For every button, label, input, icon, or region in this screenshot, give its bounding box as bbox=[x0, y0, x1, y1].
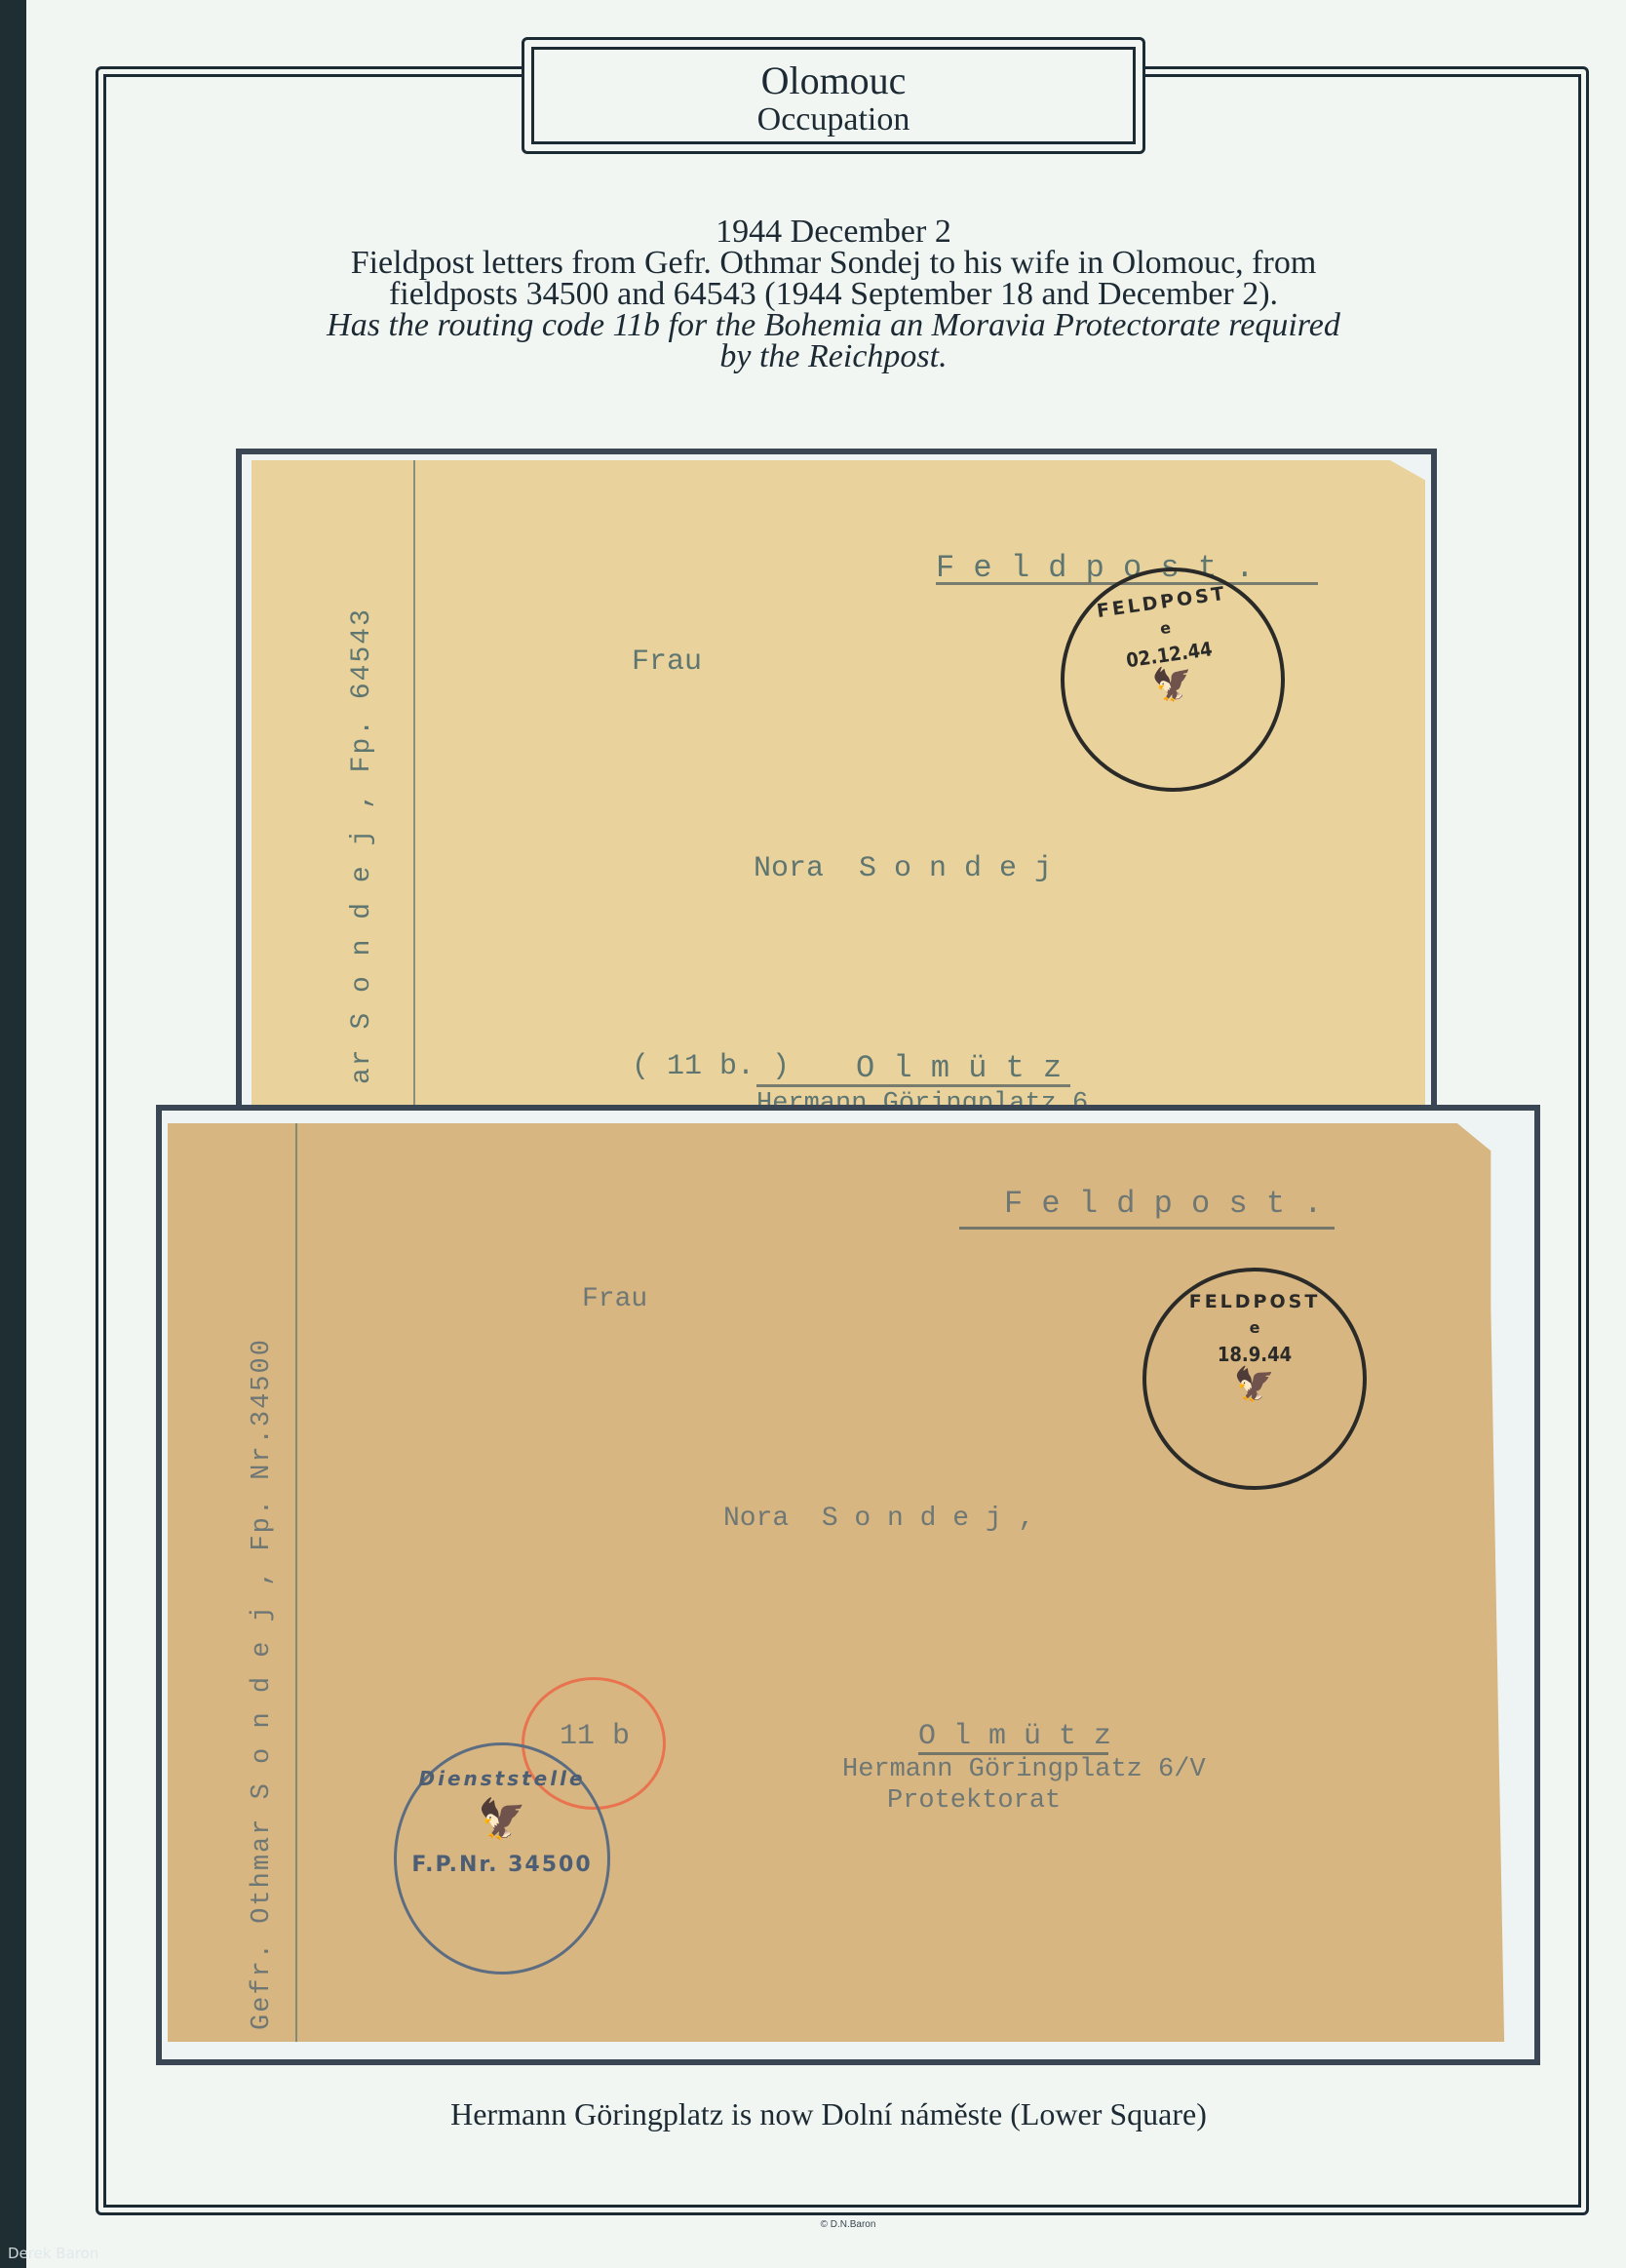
recipient-name: Nora S o n d e j , bbox=[723, 1504, 1034, 1534]
city-underline bbox=[756, 1084, 1070, 1087]
envelope-september: Gefr. Othmar S o n d e j , Fp. Nr.34500 … bbox=[168, 1123, 1511, 2042]
sender-vertical: Gefr. Othmar S o n d e j , Fp. Nr.34500 bbox=[248, 1338, 277, 2030]
intro-line: Fieldpost letters from Gefr. Othmar Sond… bbox=[224, 248, 1443, 279]
region: Protektorat bbox=[887, 1786, 1061, 1816]
postmark-date: 18.9.44 bbox=[1146, 1343, 1363, 1366]
caption: Hermann Göringplatz is now Dolní náměste… bbox=[292, 2096, 1365, 2132]
scan-edge-strip bbox=[0, 0, 26, 2268]
intro-date: 1944 December 2 bbox=[224, 216, 1443, 248]
title-box: Olomouc Occupation bbox=[522, 37, 1145, 154]
envelope-december: ar S o n d e j , Fp. 64543 F e l d p o s… bbox=[252, 460, 1425, 1121]
intro-italic-line: Has the routing code 11b for the Bohemia… bbox=[224, 310, 1443, 341]
eagle-icon: 🦅 bbox=[397, 1790, 607, 1849]
page-subtitle: Occupation bbox=[534, 102, 1133, 137]
eagle-icon: 🦅 bbox=[1146, 1368, 1363, 1401]
sender-vertical: ar S o n d e j , Fp. 64543 bbox=[347, 607, 377, 1084]
feldpost-header: F e l d p o s t . bbox=[1004, 1186, 1322, 1222]
watermark: Derek Baron bbox=[8, 2245, 98, 2262]
copyright: © D.N.Baron bbox=[682, 2219, 1014, 2230]
routing-code: 11 b bbox=[560, 1720, 630, 1753]
salutation: Frau bbox=[582, 1284, 647, 1314]
envelope-divider-line bbox=[413, 460, 415, 1121]
unit-stamp: Dienststelle 🦅 F.P.Nr. 34500 bbox=[394, 1742, 610, 1975]
page-title: Olomouc bbox=[534, 59, 1133, 102]
feldpost-postmark: FELDPOST e 02.12.44 🦅 bbox=[1046, 553, 1299, 806]
salutation: Frau bbox=[632, 645, 702, 679]
feldpost-underline bbox=[959, 1227, 1335, 1230]
feldpost-postmark: FELDPOST e 18.9.44 🦅 bbox=[1142, 1268, 1367, 1490]
recipient-name: Nora S o n d e j bbox=[754, 852, 1052, 885]
city: O l m ü t z bbox=[918, 1720, 1111, 1753]
city: O l m ü t z bbox=[856, 1050, 1062, 1086]
intro-line: fieldposts 34500 and 64543 (1944 Septemb… bbox=[224, 279, 1443, 310]
intro-text: 1944 December 2 Fieldpost letters from G… bbox=[224, 216, 1443, 372]
routing-code: ( 11 b. ) bbox=[632, 1050, 790, 1083]
envelope-divider-line bbox=[295, 1123, 297, 2042]
intro-italic-line: by the Reichpost. bbox=[224, 341, 1443, 372]
street: Hermann Göringplatz 6/V bbox=[842, 1755, 1206, 1784]
